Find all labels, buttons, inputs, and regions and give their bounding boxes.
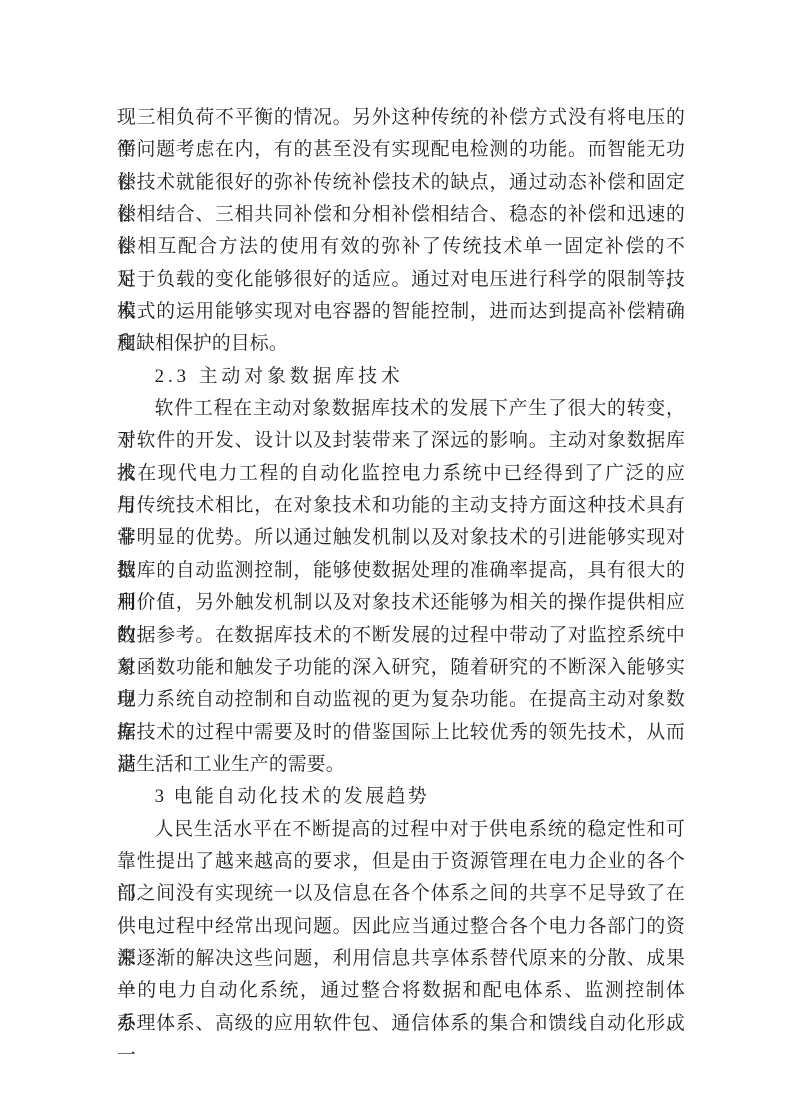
- text-line: 库技术的过程中需要及时的借鉴国际上比较优秀的领先技术，从而满: [117, 717, 685, 749]
- text-line: 现三相负荷不平衡的情况。另外这种传统的补偿方式没有将电压的平: [117, 102, 685, 134]
- text-column: 现三相负荷不平衡的情况。另外这种传统的补偿方式没有将电压的平衡问题考虑在内，有的…: [117, 102, 685, 1040]
- text-line: 模式的运用能够实现对电容器的智能控制，进而达到提高补偿精确度: [117, 296, 685, 328]
- text-line: 象函数功能和触发子功能的深入研究，随着研究的不断深入能够实现: [117, 652, 685, 684]
- text-line: 与传统技术相比，在对象技术和功能的主动支持方面这种技术具有非: [117, 490, 685, 522]
- text-line: 偿相互配合方法的使用有效的弥补了传统技术单一固定补偿的不足，: [117, 231, 685, 263]
- text-line: 对于负载的变化能够很好的适应。通过对电压进行科学的限制等技术: [117, 264, 685, 296]
- text-line: 靠性提出了越来越高的要求，但是由于资源管理在电力企业的各个部: [117, 846, 685, 878]
- text-line: 衡问题考虑在内，有的甚至没有实现配电检测的功能。而智能无功补: [117, 134, 685, 166]
- text-line: 办理体系、高级的应用软件包、通信体系的集合和馈线自动化形成一: [117, 1008, 685, 1040]
- text-line: 门之间没有实现统一以及信息在各个体系之间的共享不足导致了在: [117, 878, 685, 910]
- text-line: 和缺相保护的目标。: [117, 328, 685, 360]
- section-heading: 3 电能自动化技术的发展趋势: [117, 781, 685, 813]
- text-line: 电力系统自动控制和自动监视的更为复杂功能。在提高主动对象数据: [117, 684, 685, 716]
- text-line: 一的电力自动化系统，通过整合将数据和配电体系、监测控制体系、: [117, 975, 685, 1007]
- document-page: 现三相负荷不平衡的情况。另外这种传统的补偿方式没有将电压的平衡问题考虑在内，有的…: [0, 0, 792, 1120]
- text-line: 偿相结合、三相共同补偿和分相补偿相结合、稳态的补偿和迅速的补: [117, 199, 685, 231]
- text-line: 数据参考。在数据库技术的不断发展的过程中带动了对监控系统中对: [117, 620, 685, 652]
- text-line: 偿技术就能很好的弥补传统补偿技术的缺点，通过动态补偿和固定补: [117, 167, 685, 199]
- text-line: 常明显的优势。所以通过触发机制以及对象技术的引进能够实现对数: [117, 522, 685, 554]
- text-line: 于软件的开发、设计以及封装带来了深远的影响。主动对象数据库技: [117, 425, 685, 457]
- text-line: 用价值，另外触发机制以及对象技术还能够为相关的操作提供相应的: [117, 587, 685, 619]
- text-line: 足生活和工业生产的需要。: [117, 749, 685, 781]
- text-line: 人民生活水平在不断提高的过程中对于供电系统的稳定性和可: [117, 814, 685, 846]
- text-line: 供电过程中经常出现问题。因此应当通过整合各个电力各部门的资源: [117, 911, 685, 943]
- section-heading: 2.3 主动对象数据库技术: [117, 361, 685, 393]
- text-line: 术在现代电力工程的自动化监控电力系统中已经得到了广泛的应用。: [117, 458, 685, 490]
- text-line: 软件工程在主动对象数据库技术的发展下产生了很大的转变，对: [117, 393, 685, 425]
- text-line: 来逐渐的解决这些问题，利用信息共享体系替代原来的分散、成果单: [117, 943, 685, 975]
- text-line: 据库的自动监测控制，能够使数据处理的准确率提高，具有很大的利: [117, 555, 685, 587]
